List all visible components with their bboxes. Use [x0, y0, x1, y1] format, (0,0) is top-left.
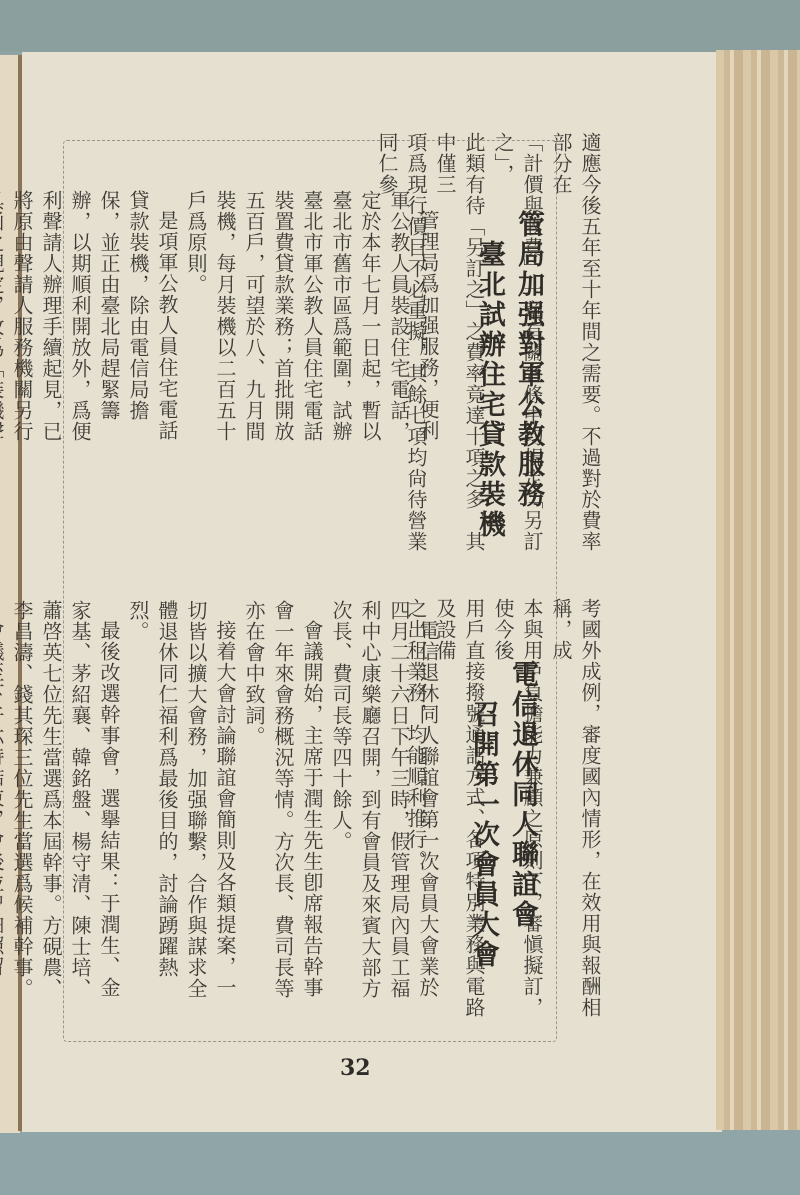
- article1-title-line2: 臺北試辦住宅貸款裝機: [470, 240, 509, 550]
- article2-title-line2: 召開第一次會員大會: [464, 700, 503, 980]
- article2-paragraph: 最後改選幹事會，選擧結果：于潤生、金家基、茅紹襄、韓銘盤、楊守清、陳士培、蕭啓英…: [7, 600, 123, 1010]
- backdrop-bottom: [0, 1128, 800, 1195]
- article2-body: 電信退休同人聯誼會第一次會員大會業於四月二十六日下午三時，假管理局內員工福利中心…: [80, 600, 442, 1010]
- article2-paragraph: 接着大會討論聯誼會簡則及各類提案，一切皆以擴大會務，加强聯繫，合作與謀求全體退休…: [123, 600, 239, 1010]
- article2-title: 電信退休同人聯誼會 召開第一次會員大會: [462, 660, 542, 980]
- article2-paragraph: 會議至下午六時結束，會後並曾拍照留念。: [0, 600, 7, 1010]
- article2-paragraph: 會議開始，主席于潤生先生卽席報告幹事會一年來會務概況等情。方次長、費司長等亦在會…: [239, 600, 326, 1010]
- article2-paragraph: 電信退休同人聯誼會第一次會員大會業於四月二十六日下午三時，假管理局內員工福利中心…: [326, 600, 442, 1010]
- article1-paragraph: 是項軍公教人員住宅電話貸款裝機，除由電信局擔保，並正由臺北局趕緊籌辦，以期順利開…: [0, 190, 181, 460]
- article1-body: 管理局爲加强服務，便利軍公教人員裝設住宅電話，定於本年七月一日起，暫以臺北市舊市…: [80, 190, 442, 460]
- backdrop-top: [0, 0, 800, 52]
- article1-paragraph: 管理局爲加强服務，便利軍公教人員裝設住宅電話，定於本年七月一日起，暫以臺北市舊市…: [181, 190, 442, 460]
- article2-title-line1: 電信退休同人聯誼會: [503, 660, 542, 980]
- article1-title: 管局加强對軍公教服務 臺北試辦住宅貸款裝機: [468, 210, 548, 550]
- page-stack-edge: [716, 50, 800, 1130]
- article1-title-line1: 管局加强對軍公教服務: [509, 210, 548, 550]
- page-number: 32: [340, 1055, 371, 1081]
